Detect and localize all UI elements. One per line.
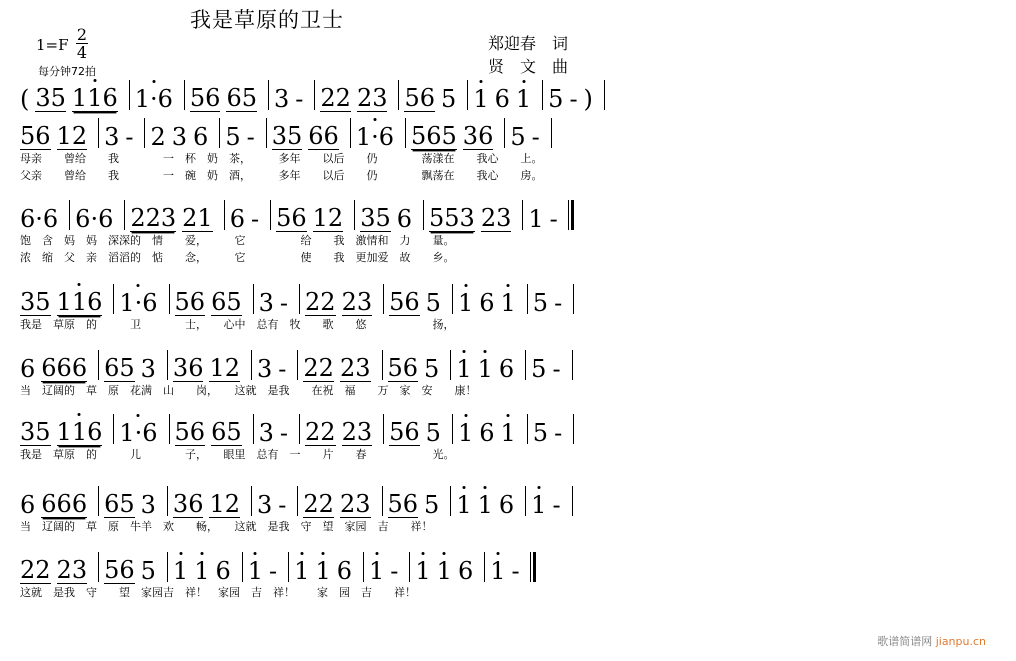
score-system: 22235651161-1161-1161-这就 是我 守 望 家园吉 祥！ 家…	[20, 550, 630, 601]
high-octave-dot	[137, 284, 140, 287]
final-barline	[568, 200, 574, 230]
barline	[129, 80, 130, 110]
note-group: 5	[426, 290, 441, 316]
note-group: 65	[211, 289, 242, 316]
barline	[525, 486, 526, 516]
note-group: 5	[510, 124, 525, 150]
note-group: 1	[478, 492, 493, 518]
lyric-line: 当 辽阔的 草 原 牛羊 欢 畅， 这就 是我 守 望 家园 吉 祥！	[20, 518, 630, 535]
note-group: 35	[20, 289, 51, 316]
note-group: 22	[303, 491, 334, 518]
high-octave-dot	[507, 284, 510, 287]
barline	[297, 350, 298, 380]
note-group: 6	[20, 356, 35, 382]
watermark-cn: 歌谱简谱网	[877, 635, 932, 648]
note-group: 56	[389, 289, 420, 316]
note-group: -	[247, 124, 255, 150]
high-octave-dot	[254, 552, 257, 555]
barline	[572, 350, 573, 380]
note-group: 1	[531, 492, 546, 518]
note-group: 12	[57, 123, 88, 150]
note-group: 22	[320, 85, 351, 112]
note-group: 56	[404, 85, 435, 112]
note-group: 1	[294, 558, 309, 584]
high-octave-dot	[462, 350, 465, 353]
lyric-line: 父亲 曾给 我 一 碗 奶 酒， 多年 以后 仍 飘荡在 我心 房。	[20, 167, 630, 184]
note-group: 65	[104, 355, 135, 382]
note-group: -	[512, 558, 520, 584]
note-group: 3	[257, 492, 272, 518]
note-group: 5	[141, 558, 156, 584]
note-group: 36	[173, 491, 204, 518]
note-group: 22	[305, 289, 336, 316]
barline	[288, 552, 289, 582]
high-octave-dot	[464, 414, 467, 417]
barline	[167, 350, 168, 380]
note-group: 1	[456, 492, 471, 518]
note-group: 22	[305, 419, 336, 446]
barline	[167, 486, 168, 516]
note-group: 1	[173, 558, 188, 584]
note-group: 1	[473, 86, 488, 112]
high-octave-dot	[200, 552, 203, 555]
note-group: 3	[259, 290, 274, 316]
note-group: 1	[478, 356, 493, 382]
score-system: 56123-2365-35661·6565365-母亲 曾给 我 一 杯 奶 茶…	[20, 116, 630, 184]
barline	[266, 118, 267, 148]
barline	[113, 284, 114, 314]
song-title: 我是草原的卫士	[190, 4, 344, 34]
note-group: 5	[225, 124, 240, 150]
barline	[573, 414, 574, 444]
note-group: 56	[388, 355, 419, 382]
note-group: 23	[340, 491, 371, 518]
tempo-marking: 每分钟72拍	[38, 63, 96, 79]
lyric-line: 母亲 曾给 我 一 杯 奶 茶， 多年 以后 仍 荡漾在 我心 上。	[20, 150, 630, 167]
note-group: 1·6	[119, 420, 157, 446]
barline	[350, 118, 351, 148]
note-group: 6	[215, 558, 230, 584]
note-group: 23	[342, 289, 373, 316]
key-signature: 1=F	[36, 36, 69, 54]
note-group: 12	[209, 355, 240, 382]
notes-row: 666665336123-22235651161-	[20, 484, 630, 518]
note-group: 3	[104, 124, 119, 150]
note-group: 223	[130, 205, 176, 232]
note-group: 56	[175, 419, 206, 446]
barline	[299, 284, 300, 314]
barline	[409, 552, 410, 582]
note-group: 1	[458, 290, 473, 316]
note-group: 116	[57, 289, 103, 316]
barline	[268, 80, 269, 110]
barline	[525, 350, 526, 380]
note-group: 6	[193, 124, 208, 150]
high-octave-dot	[322, 552, 325, 555]
high-octave-dot	[484, 350, 487, 353]
note-group: 6	[458, 558, 473, 584]
note-group: 12	[209, 491, 240, 518]
note-group: 5	[548, 86, 563, 112]
note-group: 22	[20, 557, 51, 584]
note-group: 5	[533, 420, 548, 446]
barline	[363, 552, 364, 582]
note-group: 35	[360, 205, 391, 232]
barline	[98, 552, 99, 582]
note-group: 6	[495, 86, 510, 112]
note-group: 6·6	[20, 206, 58, 232]
watermark-en: jianpu.cn	[936, 635, 986, 648]
high-octave-dot	[78, 283, 81, 286]
note-group: 1	[415, 558, 430, 584]
barline	[251, 486, 252, 516]
barline	[452, 414, 453, 444]
note-group: -	[552, 356, 560, 382]
note-group: 65	[226, 85, 257, 112]
note-group: 116	[57, 419, 103, 446]
note-group: -	[278, 356, 286, 382]
notes-row: 666665336123-22235651165-	[20, 348, 630, 382]
barline	[382, 350, 383, 380]
note-group: 116	[72, 85, 118, 112]
barline	[484, 552, 485, 582]
note-group: -	[269, 558, 277, 584]
note-group: 23	[57, 557, 88, 584]
barline	[405, 118, 406, 148]
note-group: 6	[337, 558, 352, 584]
notes-row: 22235651161-1161-1161-	[20, 550, 630, 584]
high-octave-dot	[484, 486, 487, 489]
composer: 贤 文 曲	[488, 55, 568, 78]
barline	[504, 118, 505, 148]
high-octave-dot	[179, 552, 182, 555]
note-group: 35	[35, 85, 66, 112]
note-group: 23	[340, 355, 371, 382]
note-group: 35	[272, 123, 303, 150]
barline	[251, 350, 252, 380]
note-group: 6	[230, 206, 245, 232]
time-bottom: 4	[76, 44, 88, 61]
note-group: 6	[479, 420, 494, 446]
note-group: 56	[276, 205, 307, 232]
note-group: 22	[303, 355, 334, 382]
note-group: 1·6	[119, 290, 157, 316]
barline	[452, 284, 453, 314]
barline	[522, 200, 523, 230]
note-group: 65	[211, 419, 242, 446]
score-system: 351161·656653-22235651615-我是 草原 的 卫 士， 心…	[20, 282, 630, 333]
barline	[573, 284, 574, 314]
note-group: 23	[357, 85, 388, 112]
note-group: 5	[424, 492, 439, 518]
barline	[270, 200, 271, 230]
final-barline	[530, 552, 536, 582]
note-group: -	[390, 558, 398, 584]
barline	[450, 486, 451, 516]
note-group: 2	[150, 124, 165, 150]
barline	[423, 200, 424, 230]
note-group: 35	[20, 419, 51, 446]
barline	[527, 414, 528, 444]
note-group: 3	[141, 492, 156, 518]
note-group: 1	[369, 558, 384, 584]
barline	[542, 80, 543, 110]
high-octave-dot	[462, 486, 465, 489]
note-group: 36	[463, 123, 494, 150]
lyric-line: 当 辽阔的 草 原 花满 山 岗， 这就 是我 在祝 福 万 家 安 康！	[20, 382, 630, 399]
note-group: 1	[528, 206, 543, 232]
note-group: 5	[441, 86, 456, 112]
note-group: -	[125, 124, 133, 150]
barline	[113, 414, 114, 444]
high-octave-dot	[93, 79, 96, 82]
barline	[551, 118, 552, 148]
note-group: 565	[411, 123, 457, 150]
lyric-line: 饱 含 妈 妈 深深的 情 爱， 它 给 我 激情和 力 量。	[20, 232, 630, 249]
note-group: -	[278, 492, 286, 518]
note-group: 6	[499, 492, 514, 518]
high-octave-dot	[152, 80, 155, 83]
watermark: 歌谱简谱网 jianpu.cn	[877, 633, 986, 649]
high-octave-dot	[537, 486, 540, 489]
barline	[169, 284, 170, 314]
barline	[98, 486, 99, 516]
note-group: -	[251, 206, 259, 232]
note-group: 1·6	[135, 86, 173, 112]
barline	[167, 552, 168, 582]
note-group: 6	[397, 206, 412, 232]
notes-row: (351161·656653-22235651615-)	[20, 78, 630, 112]
barline	[382, 486, 383, 516]
score-system: 666665336123-22235651165-当 辽阔的 草 原 花满 山 …	[20, 348, 630, 399]
time-signature: 2 4	[76, 26, 88, 61]
note-group: 23	[481, 205, 512, 232]
note-group: 1	[437, 558, 452, 584]
note-group: 1	[490, 558, 505, 584]
note-group: )	[584, 86, 593, 112]
barline	[572, 486, 573, 516]
barline	[354, 200, 355, 230]
barline	[314, 80, 315, 110]
note-group: 6	[20, 492, 35, 518]
lyric-line: 这就 是我 守 望 家园吉 祥！ 家园 吉 祥！ 家 园 吉 祥！	[20, 584, 630, 601]
barline	[169, 414, 170, 444]
note-group: 5	[426, 420, 441, 446]
note-group: 6·6	[75, 206, 113, 232]
high-octave-dot	[496, 552, 499, 555]
note-group: -	[552, 492, 560, 518]
note-group: 1	[516, 86, 531, 112]
note-group: 1	[315, 558, 330, 584]
high-octave-dot	[78, 413, 81, 416]
note-group: 3	[172, 124, 187, 150]
barline	[604, 80, 605, 110]
notes-row: 6·66·6223216-5612356553231-	[20, 198, 630, 232]
notes-row: 56123-2365-35661·6565365-	[20, 116, 630, 150]
barline	[297, 486, 298, 516]
high-octave-dot	[479, 80, 482, 83]
note-group: 6	[479, 290, 494, 316]
note-group: 3	[141, 356, 156, 382]
high-octave-dot	[375, 552, 378, 555]
barline	[98, 350, 99, 380]
note-group: 3	[274, 86, 289, 112]
note-group: 5	[533, 290, 548, 316]
score-system: 351161·656653-22235651615-我是 草原 的 儿 子， 眼…	[20, 412, 630, 463]
barline	[253, 414, 254, 444]
high-octave-dot	[300, 552, 303, 555]
barline	[450, 350, 451, 380]
note-group: 1	[501, 290, 516, 316]
high-octave-dot	[522, 80, 525, 83]
high-octave-dot	[137, 414, 140, 417]
note-group: 21	[182, 205, 213, 232]
note-group: 65	[104, 491, 135, 518]
high-octave-dot	[422, 552, 425, 555]
note-group: 5	[531, 356, 546, 382]
note-group: 56	[388, 491, 419, 518]
time-top: 2	[76, 26, 88, 43]
note-group: 1	[248, 558, 263, 584]
note-group: -	[280, 420, 288, 446]
note-group: 56	[190, 85, 221, 112]
note-group: 56	[389, 419, 420, 446]
barline	[219, 118, 220, 148]
barline	[398, 80, 399, 110]
barline	[383, 414, 384, 444]
lyric-line: 我是 草原 的 卫 士， 心中 总有 牧 歌 悠 扬，	[20, 316, 630, 333]
high-octave-dot	[507, 414, 510, 417]
note-group: (	[20, 86, 29, 112]
notes-row: 351161·656653-22235651615-	[20, 282, 630, 316]
note-group: 1·6	[356, 124, 394, 150]
note-group: -	[295, 86, 303, 112]
score-system: 666665336123-22235651161-当 辽阔的 草 原 牛羊 欢 …	[20, 484, 630, 535]
high-octave-dot	[464, 284, 467, 287]
note-group: 5	[424, 356, 439, 382]
note-group: 23	[342, 419, 373, 446]
barline	[467, 80, 468, 110]
note-group: -	[569, 86, 577, 112]
credits: 郑迎春 词 贤 文 曲	[488, 32, 568, 78]
barline	[527, 284, 528, 314]
barline	[144, 118, 145, 148]
note-group: 1	[458, 420, 473, 446]
barline	[383, 284, 384, 314]
note-group: 66	[308, 123, 339, 150]
high-octave-dot	[443, 552, 446, 555]
lyric-line: 浓 缩 父 亲 滔滔的 惦 念， 它 使 我 更加爱 故 乡。	[20, 249, 630, 266]
barline	[124, 200, 125, 230]
note-group: 666	[41, 491, 87, 518]
barline	[224, 200, 225, 230]
note-group: 1	[501, 420, 516, 446]
note-group: 666	[41, 355, 87, 382]
barline	[253, 284, 254, 314]
barline	[242, 552, 243, 582]
lyricist: 郑迎春 词	[488, 32, 568, 55]
note-group: 1	[456, 356, 471, 382]
notes-row: 351161·656653-22235651615-	[20, 412, 630, 446]
note-group: 36	[173, 355, 204, 382]
note-group: -	[554, 420, 562, 446]
score-system: 6·66·6223216-5612356553231-饱 含 妈 妈 深深的 情…	[20, 198, 630, 266]
note-group: -	[532, 124, 540, 150]
score-system: (351161·656653-22235651615-)	[20, 78, 630, 112]
note-group: 6	[499, 356, 514, 382]
note-group: 56	[20, 123, 51, 150]
note-group: -	[280, 290, 288, 316]
note-group: 553	[429, 205, 475, 232]
note-group: 56	[175, 289, 206, 316]
note-group: 3	[259, 420, 274, 446]
barline	[184, 80, 185, 110]
note-group: -	[550, 206, 558, 232]
note-group: -	[554, 290, 562, 316]
note-group: 12	[313, 205, 344, 232]
barline	[98, 118, 99, 148]
lyric-line: 我是 草原 的 儿 子， 眼里 总有 一 片 春 光。	[20, 446, 630, 463]
note-group: 1	[194, 558, 209, 584]
high-octave-dot	[373, 118, 376, 121]
note-group: 3	[257, 356, 272, 382]
barline	[299, 414, 300, 444]
barline	[69, 200, 70, 230]
note-group: 56	[104, 557, 135, 584]
